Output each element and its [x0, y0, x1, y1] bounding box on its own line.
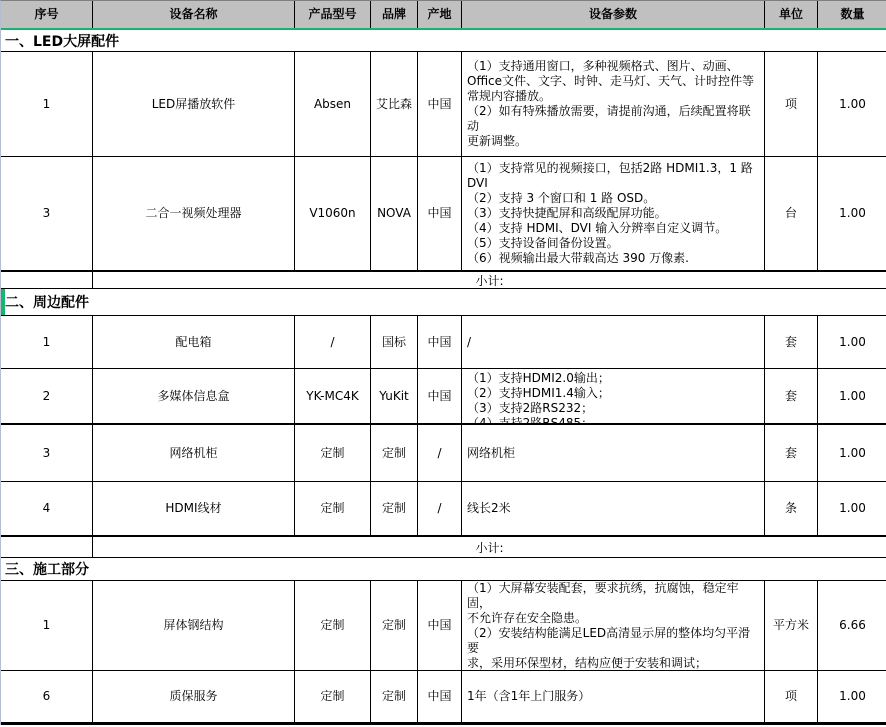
- cell-unit[interactable]: 套: [765, 369, 818, 423]
- cell-params[interactable]: （1）支持常见的视频接口，包括2路 HDMI1.3，1 路 DVI （2）支持 …: [462, 157, 765, 270]
- cell-unit[interactable]: 条: [765, 482, 818, 535]
- section-row-construction[interactable]: 三、施工部分: [1, 558, 886, 581]
- cell-params[interactable]: 1年（含1年上门服务）: [462, 671, 765, 722]
- cell-qty[interactable]: 1.00: [818, 316, 886, 368]
- cell-qty[interactable]: 1.00: [818, 52, 886, 156]
- subtotal-row: 小计:: [1, 537, 886, 558]
- cell-serial[interactable]: 1: [1, 581, 93, 670]
- cell-serial[interactable]: 1: [1, 52, 93, 156]
- cell-serial[interactable]: 2: [1, 369, 93, 423]
- header-cell-origin[interactable]: 产地: [418, 1, 462, 28]
- cell-model[interactable]: 定制: [295, 671, 371, 722]
- cell-origin[interactable]: 中国: [418, 157, 462, 270]
- cell-name[interactable]: 配电箱: [93, 316, 295, 368]
- cell-name[interactable]: 屏体钢结构: [93, 581, 295, 670]
- cell-model[interactable]: 定制: [295, 425, 371, 481]
- cell-origin[interactable]: 中国: [418, 369, 462, 423]
- header-cell-unit[interactable]: 单位: [765, 1, 818, 28]
- subtotal-empty-cell[interactable]: [1, 537, 93, 557]
- cell-brand[interactable]: 国标: [371, 316, 418, 368]
- subtotal-row: 小计:: [1, 272, 886, 289]
- cell-unit[interactable]: 套: [765, 425, 818, 481]
- cell-model[interactable]: Absen: [295, 52, 371, 156]
- table-row: 3 二合一视频处理器 V1060n NOVA 中国 （1）支持常见的视频接口，包…: [1, 157, 886, 272]
- spreadsheet-equipment-table: 序号 设备名称 产品型号 品牌 产地 设备参数 单位 数量 一、LED大屏配件 …: [0, 0, 886, 725]
- cell-brand[interactable]: 定制: [371, 581, 418, 670]
- header-cell-brand[interactable]: 品牌: [371, 1, 418, 28]
- cell-brand[interactable]: YuKit: [371, 369, 418, 423]
- cell-model[interactable]: 定制: [295, 581, 371, 670]
- section-title: 三、施工部分: [5, 559, 89, 579]
- subtotal-empty-cell[interactable]: [1, 272, 93, 289]
- cell-model[interactable]: V1060n: [295, 157, 371, 270]
- cell-brand[interactable]: 定制: [371, 425, 418, 481]
- cell-model[interactable]: 定制: [295, 482, 371, 535]
- header-cell-params[interactable]: 设备参数: [462, 1, 765, 28]
- cell-name[interactable]: 多媒体信息盒: [93, 369, 295, 423]
- header-row: 序号 设备名称 产品型号 品牌 产地 设备参数 单位 数量: [1, 1, 886, 30]
- cell-name[interactable]: 质保服务: [93, 671, 295, 722]
- section-row-peripheral-accessories[interactable]: 二、周边配件: [1, 289, 886, 316]
- cell-brand[interactable]: 定制: [371, 482, 418, 535]
- header-cell-model[interactable]: 产品型号: [295, 1, 371, 28]
- subtotal-label[interactable]: 小计:: [93, 272, 886, 289]
- section-title: 一、LED大屏配件: [5, 31, 119, 51]
- cell-name[interactable]: 二合一视频处理器: [93, 157, 295, 270]
- cell-serial[interactable]: 3: [1, 425, 93, 481]
- cell-brand[interactable]: NOVA: [371, 157, 418, 270]
- cell-params[interactable]: （1）大屏幕安装配套，要求抗绣，抗腐蚀，稳定牢固， 不允许存在安全隐患。 （2）…: [462, 581, 765, 670]
- table-row: 2 多媒体信息盒 YK-MC4K YuKit 中国 （1）支持HDMI2.0输出…: [1, 369, 886, 425]
- cell-qty[interactable]: 1.00: [818, 482, 886, 535]
- cell-params[interactable]: 网络机柜: [462, 425, 765, 481]
- cell-name[interactable]: HDMI线材: [93, 482, 295, 535]
- cell-params[interactable]: （1）支持通用窗口，多种视频格式、图片、动画、 Office文件、文字、时钟、走…: [462, 52, 765, 156]
- table-row: 3 网络机柜 定制 定制 / 网络机柜 套 1.00: [1, 425, 886, 482]
- table-row: 6 质保服务 定制 定制 中国 1年（含1年上门服务） 项 1.00: [1, 671, 886, 725]
- cell-serial[interactable]: 3: [1, 157, 93, 270]
- cell-qty[interactable]: 1.00: [818, 671, 886, 722]
- cell-qty[interactable]: 1.00: [818, 157, 886, 270]
- cell-origin[interactable]: 中国: [418, 581, 462, 670]
- cell-origin[interactable]: 中国: [418, 52, 462, 156]
- cell-name[interactable]: 网络机柜: [93, 425, 295, 481]
- equipment-table: 序号 设备名称 产品型号 品牌 产地 设备参数 单位 数量 一、LED大屏配件 …: [0, 0, 886, 725]
- cell-params[interactable]: /: [462, 316, 765, 368]
- cell-origin[interactable]: 中国: [418, 316, 462, 368]
- cell-unit[interactable]: 套: [765, 316, 818, 368]
- cell-unit[interactable]: 平方米: [765, 581, 818, 670]
- header-cell-serial[interactable]: 序号: [1, 1, 93, 28]
- cell-unit[interactable]: 台: [765, 157, 818, 270]
- cell-qty[interactable]: 1.00: [818, 425, 886, 481]
- cell-unit[interactable]: 项: [765, 671, 818, 722]
- header-cell-qty[interactable]: 数量: [818, 1, 886, 28]
- cell-params[interactable]: 线长2米: [462, 482, 765, 535]
- cell-brand[interactable]: 定制: [371, 671, 418, 722]
- active-row-indicator: [1, 289, 5, 315]
- section-title: 二、周边配件: [5, 292, 89, 312]
- cell-origin[interactable]: 中国: [418, 671, 462, 722]
- cell-name[interactable]: LED屏播放软件: [93, 52, 295, 156]
- cell-origin[interactable]: /: [418, 482, 462, 535]
- cell-params[interactable]: （1）支持HDMI2.0输出； （2）支持HDMI1.4输入； （3）支持2路R…: [462, 369, 765, 423]
- table-row: 1 屏体钢结构 定制 定制 中国 （1）大屏幕安装配套，要求抗绣，抗腐蚀，稳定牢…: [1, 581, 886, 671]
- cell-serial[interactable]: 1: [1, 316, 93, 368]
- subtotal-label[interactable]: 小计:: [93, 537, 886, 557]
- table-row: 1 LED屏播放软件 Absen 艾比森 中国 （1）支持通用窗口，多种视频格式…: [1, 52, 886, 157]
- cell-serial[interactable]: 4: [1, 482, 93, 535]
- cell-qty[interactable]: 6.66: [818, 581, 886, 670]
- table-row: 4 HDMI线材 定制 定制 / 线长2米 条 1.00: [1, 482, 886, 537]
- section-row-led-accessories[interactable]: 一、LED大屏配件: [1, 30, 886, 52]
- cell-model[interactable]: YK-MC4K: [295, 369, 371, 423]
- cell-origin[interactable]: /: [418, 425, 462, 481]
- table-row: 1 配电箱 / 国标 中国 / 套 1.00: [1, 316, 886, 369]
- cell-qty[interactable]: 1.00: [818, 369, 886, 423]
- header-cell-name[interactable]: 设备名称: [93, 1, 295, 28]
- cell-serial[interactable]: 6: [1, 671, 93, 722]
- cell-unit[interactable]: 项: [765, 52, 818, 156]
- cell-model[interactable]: /: [295, 316, 371, 368]
- cell-brand[interactable]: 艾比森: [371, 52, 418, 156]
